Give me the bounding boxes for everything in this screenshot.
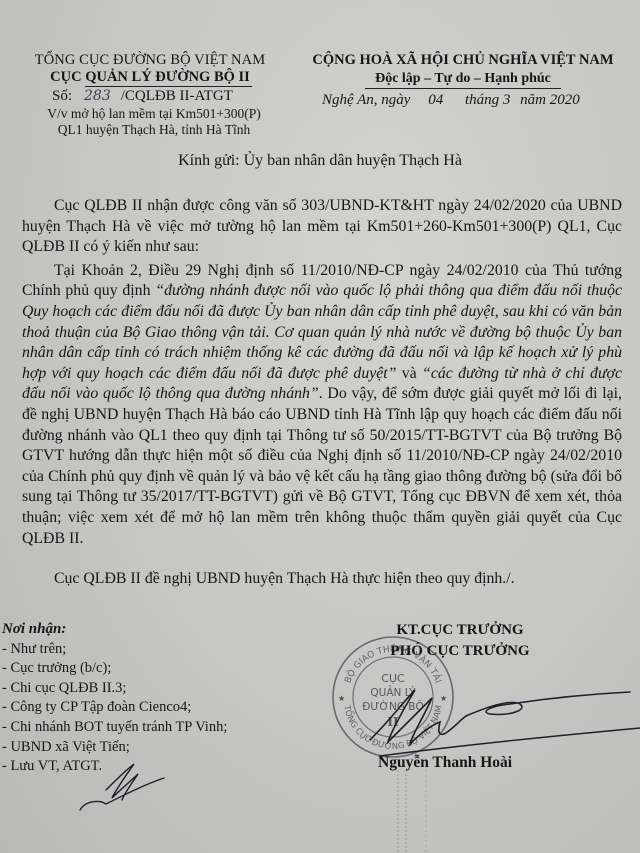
org-prefix: CỤC (50, 69, 85, 85)
svg-text:★: ★ (338, 694, 345, 703)
recipient-item: - Chi cục QLĐB II.3; (2, 679, 227, 699)
body-paragraph-1: Cục QLĐB II nhận được công văn số 303/UB… (22, 196, 622, 258)
date-place: Nghệ An, ngày (322, 92, 410, 108)
date-line: Nghệ An, ngày 04 tháng 3 năm 2020 (322, 92, 580, 109)
date-month: tháng 3 (465, 92, 510, 108)
handwritten-number: 283 (84, 88, 111, 104)
closing-sentence: Cục QLĐB II đề nghị UBND huyện Thạch Hà … (54, 570, 515, 588)
date-year: năm 2020 (520, 92, 580, 108)
subject-line-2: QL1 huyện Thạch Hà, tỉnh Hà Tĩnh (44, 122, 264, 138)
initials-signature-icon (76, 760, 166, 816)
date-day: 04 (428, 92, 443, 108)
signature-title-1: KT.CỤC TRƯỞNG (370, 620, 550, 641)
letter-body: Cục QLĐB II nhận được công văn số 303/UB… (22, 196, 622, 549)
nation-title: CỘNG HOÀ XÃ HỘI CHỦ NGHĨA VIỆT NAM (286, 52, 640, 69)
document-number: Số:283/CQLĐB II-ATGT (52, 88, 233, 105)
issuing-agency-block: TỔNG CỤC ĐƯỜNG BỘ VIỆT NAM CỤC QUẢN LÝ Đ… (20, 52, 280, 86)
recipient-item: - Chi nhánh BOT tuyến tránh TP Vinh; (2, 718, 227, 738)
recipients-title: Nơi nhận: (2, 620, 227, 640)
national-header: CỘNG HOÀ XÃ HỘI CHỦ NGHĨA VIỆT NAM Độc l… (286, 52, 640, 87)
number-suffix: /CQLĐB II-ATGT (121, 88, 233, 104)
recipient-item: - UBND xã Việt Tiến; (2, 738, 227, 758)
recipient-item: - Cục trưởng (b/c); (2, 659, 227, 679)
number-label: Số: (52, 88, 72, 104)
p2-and: và (396, 365, 422, 382)
signature-title-2: PHÓ CỤC TRƯỞNG (370, 641, 550, 662)
parent-organization: TỔNG CỤC ĐƯỜNG BỘ VIỆT NAM (20, 52, 280, 69)
addressee: Kính gửi: Ủy ban nhân dân huyện Thạch Hà (0, 152, 640, 170)
body-paragraph-2: Tại Khoản 2, Điều 29 Nghị định số 11/201… (22, 261, 622, 549)
recipients-list: Nơi nhận: - Như trên; - Cục trưởng (b/c)… (2, 620, 227, 777)
org-name-underlined: QUẢN LÝ ĐƯỜNG BỘ II (85, 69, 250, 86)
recipient-item: - Công ty CP Tập đoàn Cienco4; (2, 698, 227, 718)
recipient-item: - Như trên; (2, 640, 227, 660)
page-fold-marks (392, 770, 432, 853)
subject-line: V/v mở hộ lan mềm tại Km501+300(P) QL1 h… (44, 106, 264, 137)
national-motto: Độc lập – Tự do – Hạnh phúc (375, 70, 551, 87)
subject-line-1: V/v mở hộ lan mềm tại Km501+300(P) (44, 106, 264, 122)
document-page: TỔNG CỤC ĐƯỜNG BỘ VIỆT NAM CỤC QUẢN LÝ Đ… (0, 0, 640, 853)
signature-block: KT.CỤC TRƯỞNG PHÓ CỤC TRƯỞNG (370, 620, 550, 662)
issuing-organization: CỤC QUẢN LÝ ĐƯỜNG BỘ II (20, 69, 280, 86)
p2-rest: . Do vậy, để sớm được giải quyết mở lối … (22, 385, 622, 546)
